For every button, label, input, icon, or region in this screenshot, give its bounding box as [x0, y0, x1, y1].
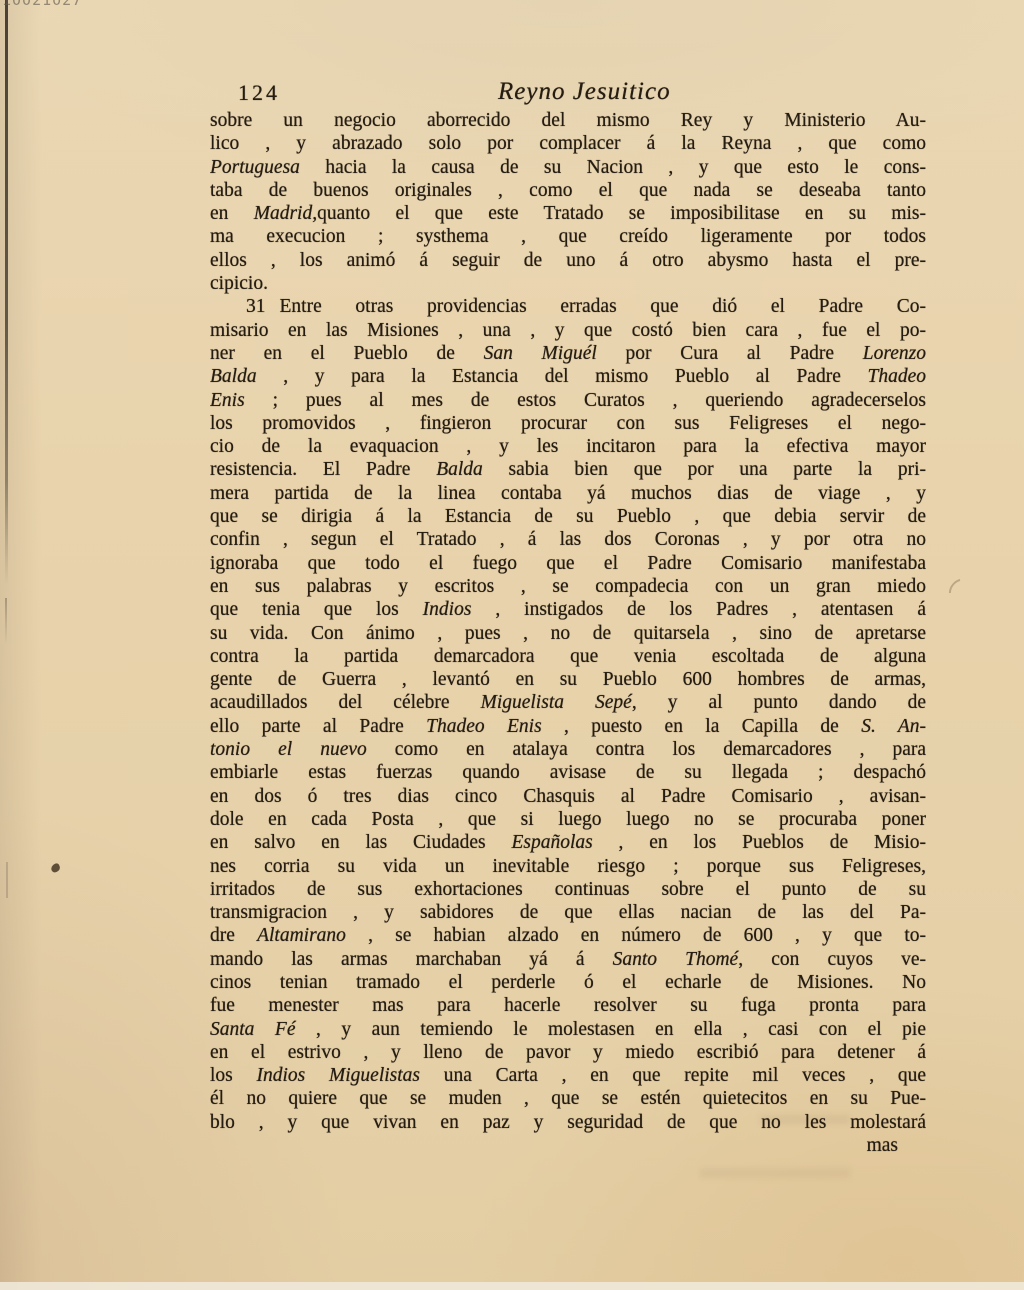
text-segment: hacia la causa de su Nacion , y que esto… [300, 157, 926, 178]
text-line: gente de Guerra , levantó en su Pueblo 6… [210, 668, 926, 691]
text-line: Portuguesa hacia la causa de su Nacion ,… [210, 156, 926, 179]
text-segment: por Cura al Padre [597, 343, 863, 364]
text-segment: contra la partida demarcadora que venia … [210, 646, 926, 667]
text-line: cipicio. [210, 272, 926, 295]
text-segment: ignoraba que todo el fuego que el Padre … [210, 553, 926, 574]
text-line: ellos , los animó á seguir de uno á otro… [210, 249, 926, 272]
text-segment: cinos tenian tramado el perderle ó el ec… [210, 972, 926, 993]
text-segment: que tenia que los [210, 599, 423, 620]
text-segment: , y para la Estancia del mismo Pueblo al… [257, 366, 868, 387]
text-line: los promovidos , fingieron procurar con … [210, 412, 926, 435]
text-line: mera partida de la linea contaba yá much… [210, 482, 926, 505]
text-line: mando las armas marchaban yá á Santo Tho… [210, 948, 926, 971]
italic-text-segment: Indios Miguelistas [257, 1065, 421, 1086]
italic-text-segment: Portuguesa [210, 157, 300, 178]
text-line: dole en cada Posta , que si luego luego … [210, 808, 926, 831]
text-segment: ; pues al mes de estos Curatos , querien… [245, 390, 926, 411]
text-line: Balda , y para la Estancia del mismo Pue… [210, 365, 926, 388]
text-segment: gente de Guerra , levantó en su Pueblo 6… [210, 669, 926, 690]
text-line: nes corria su vida un inevitable riesgo … [210, 855, 926, 878]
text-segment: acaudillados del célebre [210, 692, 481, 713]
italic-text-segment: tonio el nuevo [210, 739, 367, 760]
ink-speck [50, 862, 62, 873]
text-line: en dos ó tres dias cinco Chasquis al Pad… [210, 785, 926, 808]
text-line: que se dirigia á la Estancia de su Puebl… [210, 505, 926, 528]
scan-bottom-edge [0, 1282, 1024, 1290]
text-segment: nes corria su vida un inevitable riesgo … [210, 856, 926, 877]
italic-text-segment: Santo Thomé [613, 949, 739, 970]
text-line: cinos tenian tramado el perderle ó el ec… [210, 971, 926, 994]
text-segment: confin , segun el Tratado , á las dos Co… [210, 529, 926, 550]
text-line: lico , y abrazado solo por complacer á l… [210, 132, 926, 155]
text-segment: mera partida de la linea contaba yá much… [210, 483, 926, 504]
text-segment: , y al punto dando de [632, 692, 926, 713]
text-segment: en el estrivo , y lleno de pavor y miedo… [210, 1042, 926, 1063]
text-segment: como en atalaya contra los demarcadores … [367, 739, 926, 760]
italic-text-segment: Indios [423, 599, 472, 620]
text-line: en Madrid,quanto el que este Tratado se … [210, 202, 926, 225]
text-segment: sobre un negocio aborrecido del mismo Re… [210, 110, 926, 131]
text-segment: en sus palabras y escritos , se compadec… [210, 576, 926, 597]
text-segment: irritados de sus exhortaciones continuas… [210, 879, 926, 900]
italic-text-segment: Miguelista Sepé [481, 692, 632, 713]
text-line: 31Entre otras providencias erradas que d… [210, 295, 926, 318]
text-line: ma execucion ; systhema , que creído lig… [210, 225, 926, 248]
text-segment: quanto el que este Tratado se imposibili… [317, 203, 926, 224]
text-block: 124 Reyno Jesuitico sobre un negocio abo… [210, 78, 926, 1157]
text-segment: , instigados de los Padres , atentasen á [471, 599, 926, 620]
text-segment: , se habian alzado en número de 600 , y … [346, 925, 926, 946]
scan-stamp: 10021027 [2, 0, 82, 9]
text-segment: dre [210, 925, 257, 946]
text-segment: ellos , los animó á seguir de uno á otro… [210, 250, 926, 271]
text-line: acaudillados del célebre Miguelista Sepé… [210, 691, 926, 714]
text-line: cio de la evaquacion , y les incitaron p… [210, 435, 926, 458]
text-line: dre Altamirano , se habian alzado en núm… [210, 924, 926, 947]
text-segment: sabia bien que por una parte la pri- [483, 459, 926, 480]
show-through-smudge [700, 1168, 850, 1178]
text-line: ello parte al Padre Thadeo Enis , puesto… [210, 715, 926, 738]
italic-text-segment: Enis [210, 390, 245, 411]
text-line: blo , y que vivan en paz y seguridad de … [210, 1111, 926, 1134]
text-segment: en dos ó tres dias cinco Chasquis al Pad… [210, 786, 926, 807]
text-line: irritados de sus exhortaciones continuas… [210, 878, 926, 901]
text-segment: él no quiere que se muden , que se estén… [210, 1088, 926, 1109]
text-segment: Entre otras providencias erradas que dió… [280, 296, 927, 317]
text-segment: , y aun temiendo le molestasen en ella ,… [296, 1019, 927, 1040]
text-segment: lico , y abrazado solo por complacer á l… [210, 133, 926, 154]
text-line: embiarle estas fuerzas quando avisase de… [210, 761, 926, 784]
text-line: tonio el nuevo como en atalaya contra lo… [210, 738, 926, 761]
text-line: Santa Fé , y aun temiendo le molestasen … [210, 1018, 926, 1041]
text-segment: fue menester mas para hacerle resolver s… [210, 995, 926, 1016]
page-edge-mark [6, 862, 8, 898]
catchword: mas [210, 1134, 926, 1157]
italic-text-segment: S. An- [861, 716, 926, 737]
text-segment: embiarle estas fuerzas quando avisase de… [210, 762, 926, 783]
text-line: confin , segun el Tratado , á las dos Co… [210, 528, 926, 551]
text-line: en sus palabras y escritos , se compadec… [210, 575, 926, 598]
italic-text-segment: Thadeo [868, 366, 927, 387]
text-line: que tenia que los Indios , instigados de… [210, 598, 926, 621]
italic-text-segment: Balda [210, 366, 257, 387]
text-segment: 31 [246, 296, 280, 317]
text-segment: , puesto en la Capilla de [542, 716, 862, 737]
text-line: taba de buenos originales , como el que … [210, 179, 926, 202]
italic-text-segment: Lorenzo [863, 343, 926, 364]
margin-mark [945, 575, 975, 606]
text-line: resistencia. El Padre Balda sabia bien q… [210, 458, 926, 481]
text-segment: ma execucion ; systhema , que creído lig… [210, 226, 926, 247]
text-segment: taba de buenos originales , como el que … [210, 180, 926, 201]
page-binding-edge [5, 0, 8, 585]
text-segment: ner en el Pueblo de [210, 343, 484, 364]
text-line: ner en el Pueblo de San Miguél por Cura … [210, 342, 926, 365]
text-line: misario en las Misiones , una , y que co… [210, 319, 926, 342]
text-segment: en salvo en las Ciudades [210, 832, 511, 853]
text-segment: dole en cada Posta , que si luego luego … [210, 809, 926, 830]
text-segment: blo , y que vivan en paz y seguridad de … [210, 1112, 926, 1133]
catchword-text: mas [867, 1135, 898, 1156]
text-line: en salvo en las Ciudades Españolas , en … [210, 831, 926, 854]
italic-text-segment: Altamirano [257, 925, 346, 946]
page-edge-mark [5, 598, 7, 644]
italic-text-segment: Balda [436, 459, 483, 480]
text-segment: los [210, 1065, 257, 1086]
body-text: sobre un negocio aborrecido del mismo Re… [210, 109, 926, 1134]
text-segment: , con cuyos ve- [738, 949, 926, 970]
text-segment: su vida. Con ánimo , pues , no de quitar… [210, 623, 926, 644]
text-segment: mando las armas marchaban yá á [210, 949, 613, 970]
text-line: los Indios Miguelistas una Carta , en qu… [210, 1064, 926, 1087]
text-segment: resistencia. El Padre [210, 459, 436, 480]
text-segment: en [210, 203, 254, 224]
text-segment: cio de la evaquacion , y les incitaron p… [210, 436, 926, 457]
text-line: él no quiere que se muden , que se estén… [210, 1087, 926, 1110]
text-segment: cipicio. [210, 273, 268, 294]
text-segment: una Carta , en que repite mil veces , qu… [420, 1065, 926, 1086]
page-header: 124 Reyno Jesuitico [210, 78, 926, 108]
text-line: su vida. Con ánimo , pues , no de quitar… [210, 622, 926, 645]
page-number: 124 [238, 80, 280, 106]
text-line: en el estrivo , y lleno de pavor y miedo… [210, 1041, 926, 1064]
italic-text-segment: San Miguél [484, 343, 597, 364]
italic-text-segment: Santa Fé [210, 1019, 296, 1040]
text-line: sobre un negocio aborrecido del mismo Re… [210, 109, 926, 132]
text-segment: ello parte al Padre [210, 716, 426, 737]
running-title: Reyno Jesuitico [498, 78, 671, 106]
italic-text-segment: Madrid, [254, 203, 317, 224]
text-line: transmigracion , y sabidores de que ella… [210, 901, 926, 924]
text-line: fue menester mas para hacerle resolver s… [210, 994, 926, 1017]
italic-text-segment: Thadeo Enis [426, 716, 542, 737]
text-line: contra la partida demarcadora que venia … [210, 645, 926, 668]
italic-text-segment: Españolas [511, 832, 592, 853]
text-line: ignoraba que todo el fuego que el Padre … [210, 552, 926, 575]
text-segment: , en los Pueblos de Misio- [593, 832, 926, 853]
scanned-book-page: 10021027 124 Reyno Jesuitico sobre un ne… [0, 0, 1024, 1290]
text-segment: misario en las Misiones , una , y que co… [210, 320, 926, 341]
text-segment: los promovidos , fingieron procurar con … [210, 413, 926, 434]
text-segment: que se dirigia á la Estancia de su Puebl… [210, 506, 926, 527]
text-line: Enis ; pues al mes de estos Curatos , qu… [210, 389, 926, 412]
text-segment: transmigracion , y sabidores de que ella… [210, 902, 926, 923]
